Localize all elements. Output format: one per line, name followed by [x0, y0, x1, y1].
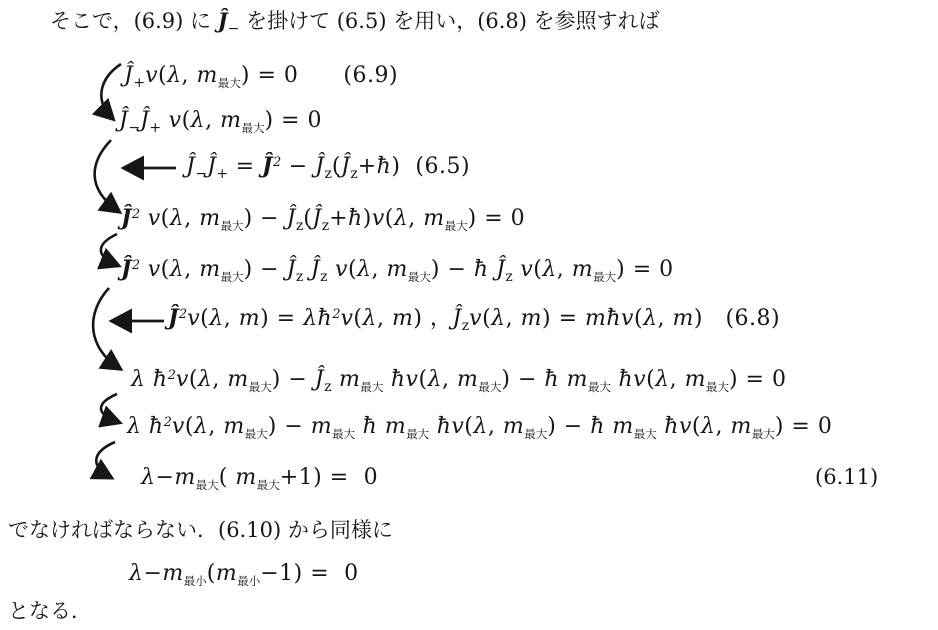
intro-sentence: そこで，(6.9) に Ĵ− を掛けて (6.5) を用い，(6.8) を参照す… [50, 8, 660, 39]
expanded-equation-1: Ĵ2 v(λ, m最大) − Ĵz(Ĵz+ħ)v(λ, m最大) = 0 [121, 205, 525, 236]
equation-jminus-jplus: Ĵ−Ĵ+ v(λ, m最大) = 0 [119, 107, 322, 138]
closing-sentence: となる． [8, 598, 92, 624]
flow-arrow-6-icon [96, 442, 115, 477]
result-equation-m-min: λ−m最小(m最小−1) = 0 [129, 560, 359, 588]
between-sentence: でなければならない．(6.10) から同様に [8, 517, 393, 543]
substitution-6-5: Ĵ−Ĵ+ = Ĵ2 − Ĵz(Ĵz+ħ) (6.5) [186, 153, 470, 184]
flow-arrow-4-icon [93, 288, 119, 368]
lambda-equation-2: λ ħ2v(λ, m最大) − m最大 ħ m最大 ħv(λ, m最大) − ħ… [127, 413, 832, 441]
substitution-6-8: Ĵ2v(λ, m) = λħ2v(λ, m) ，Ĵzv(λ, m) = mħv(… [168, 305, 780, 336]
expanded-equation-2: Ĵ2 v(λ, m最大) − Ĵz Ĵz v(λ, m最大) − ħ Ĵz v(… [121, 256, 674, 287]
equation-ref-6-11: (6.11) [815, 465, 878, 489]
flow-arrow-3-icon [101, 234, 117, 265]
flow-arrow-5-icon [101, 394, 118, 422]
result-equation-6-11: λ−m最大( m最大+1) = 0 [141, 464, 378, 492]
textbook-page: そこで，(6.9) に Ĵ− を掛けて (6.5) を用い，(6.8) を参照す… [0, 0, 938, 630]
lambda-equation-1: λ ħ2v(λ, m最大) − Ĵz m最大 ħv(λ, m最大) − ħ m最… [131, 366, 786, 397]
flow-arrow-2-icon [95, 140, 118, 211]
equation-6-9: Ĵ+v(λ, m最大) = 0 (6.9) [124, 62, 398, 93]
